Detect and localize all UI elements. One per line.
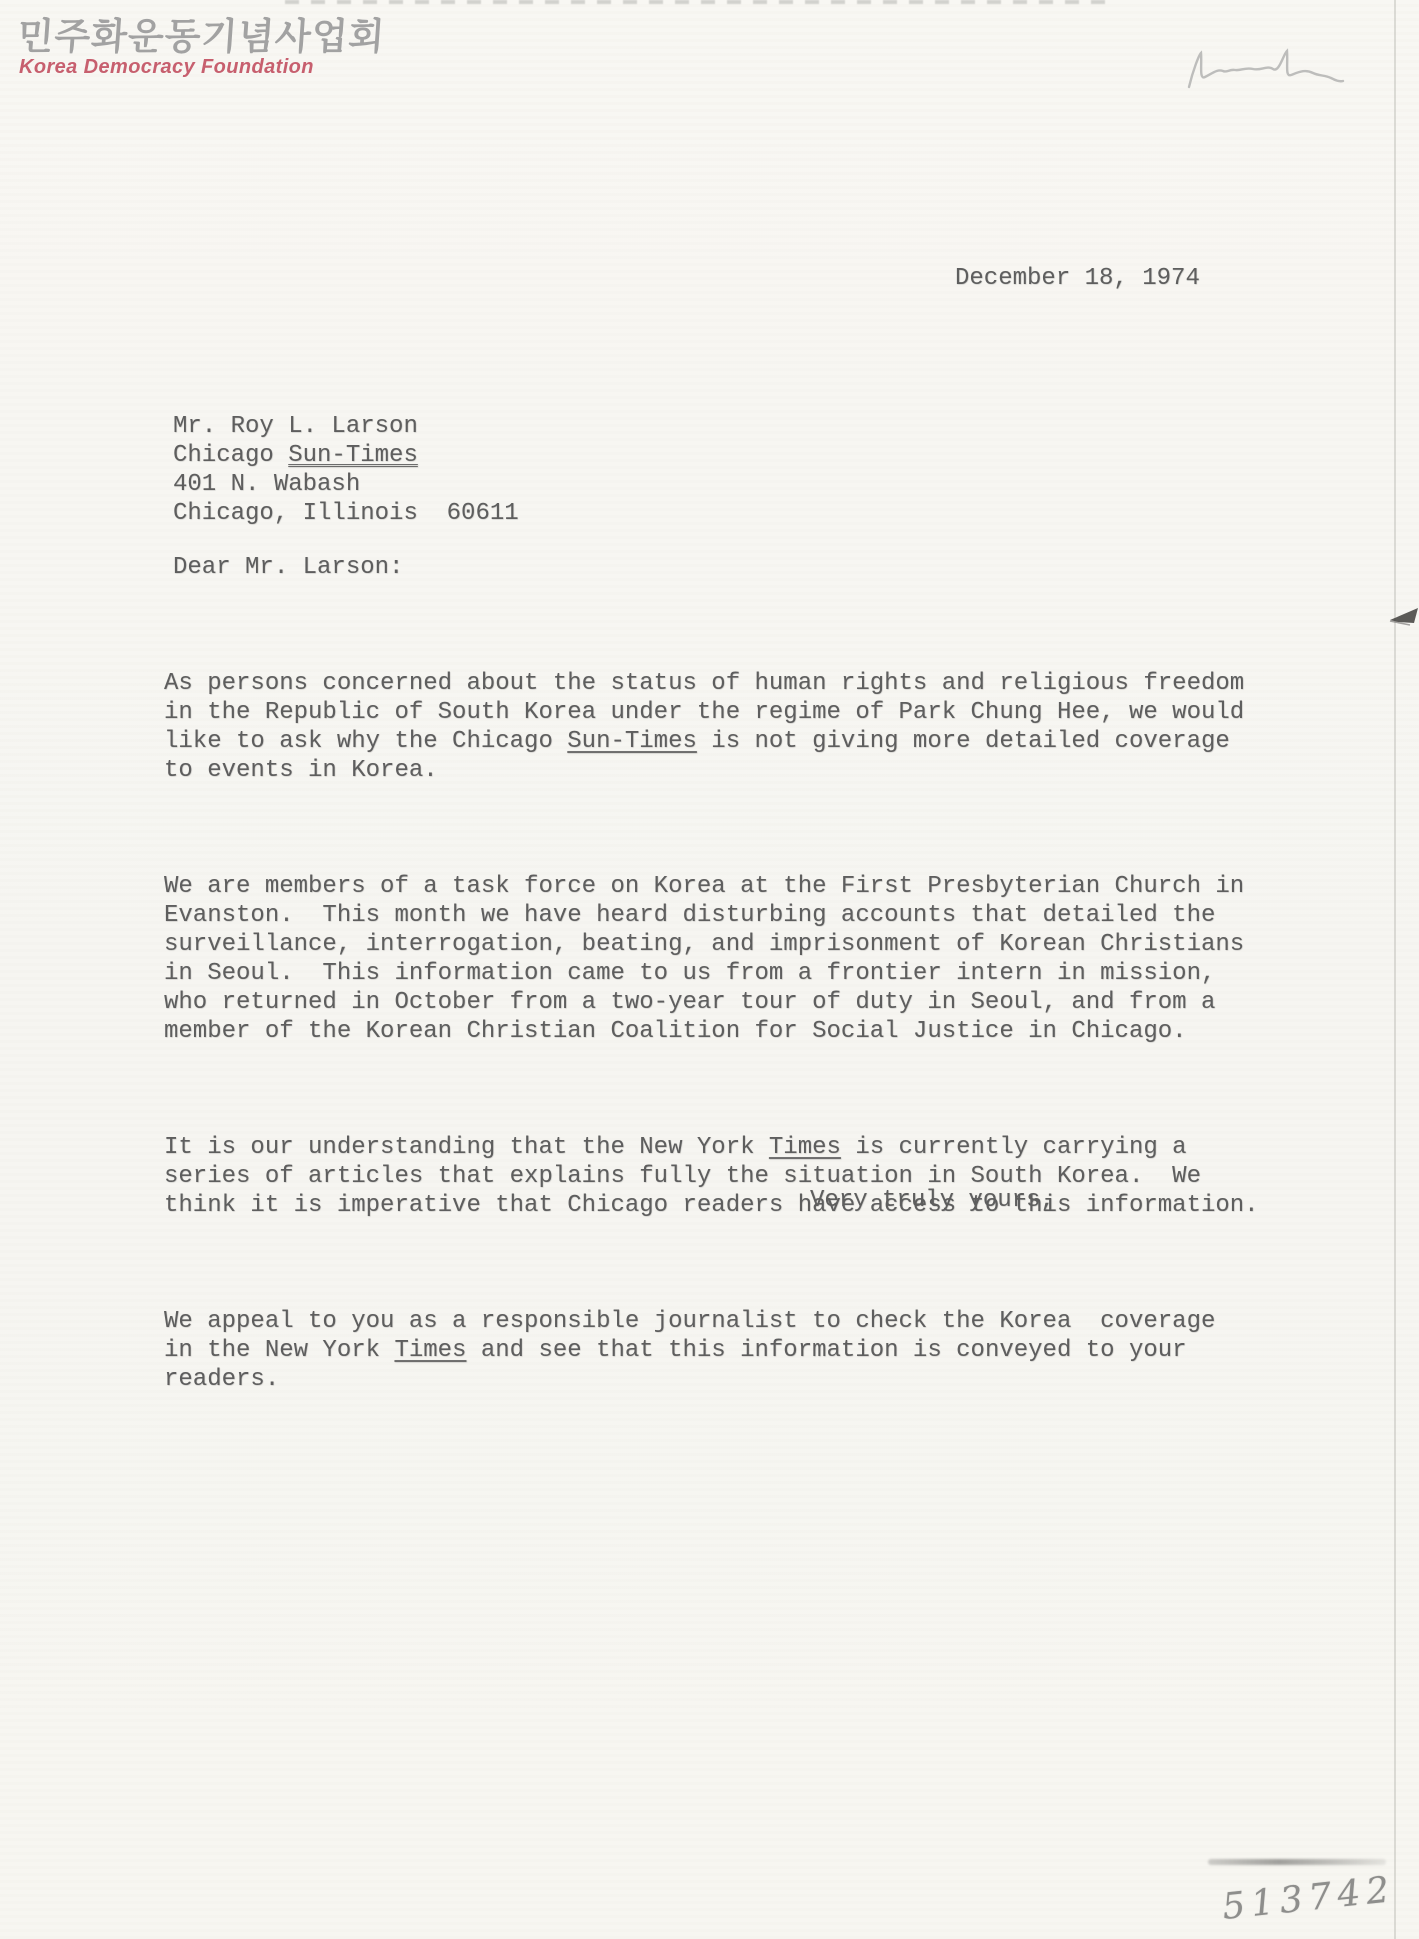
handwritten-pencil-scribble — [1175, 25, 1405, 115]
recipient-address: Mr. Roy L. LarsonChicago Sun-Times401 N.… — [173, 412, 519, 528]
archival-number-handwritten: 513742 — [1220, 1869, 1397, 1928]
date-line: December 18, 1974 — [955, 264, 1200, 293]
pencil-smudge-line — [1208, 1859, 1386, 1865]
scanned-letter-page: 민주화운동기념사업회 Korea Democracy Foundation De… — [0, 0, 1419, 1939]
letterhead-korean-name: 민주화운동기념사업회 — [16, 6, 387, 60]
letterhead-english-name: Korea Democracy Foundation — [19, 56, 314, 79]
body-paragraph-2: We are members of a task force on Korea … — [164, 872, 1259, 1046]
closing-valediction: Very truly yours, — [810, 1186, 1055, 1215]
scan-crease-right — [1394, 0, 1396, 1939]
salutation: Dear Mr. Larson: — [173, 553, 403, 582]
letter-body: As persons concerned about the status of… — [164, 611, 1259, 1481]
body-paragraph-4: We appeal to you as a responsible journa… — [164, 1307, 1259, 1394]
scan-artifact-top-line — [285, 0, 1115, 4]
body-paragraph-3: It is our understanding that the New Yor… — [164, 1133, 1259, 1220]
ink-arrow-mark — [1388, 606, 1419, 638]
body-paragraph-1: As persons concerned about the status of… — [164, 669, 1259, 785]
